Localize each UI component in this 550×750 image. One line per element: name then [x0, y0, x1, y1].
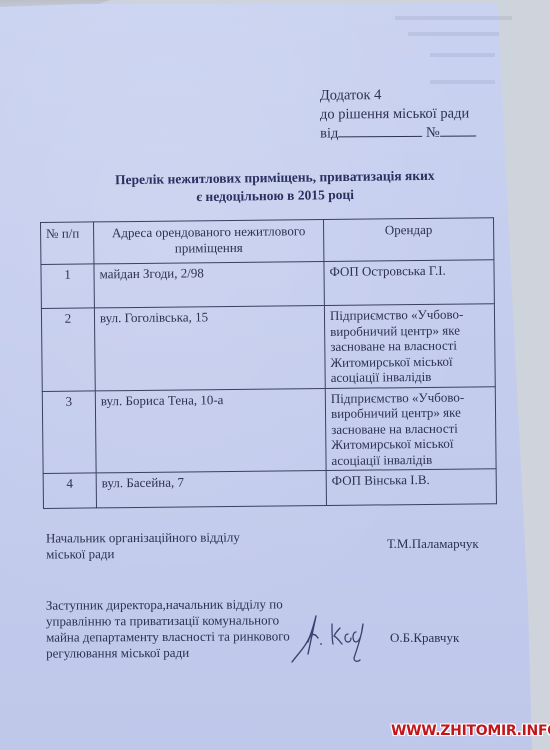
row-tenant: Підприємство «Учбово-виробничий центр» я… [325, 386, 496, 470]
position-line: управлінню та приватизації комунального [46, 612, 290, 629]
position-line: регулювання міської ради [46, 644, 290, 661]
row-number: 4 [43, 473, 96, 509]
signatory-2-name: О.Б.Кравчук [390, 630, 459, 646]
number-blank [440, 124, 476, 136]
signatory-1-name: Т.М.Паламарчук [387, 536, 479, 552]
row-number: 1 [41, 264, 94, 309]
bleed-through-text: ▬▬▬▬▬▬▬▬▬ [395, 8, 512, 24]
table-row: 3 вул. Бориса Тена, 10-а Підприємство «У… [42, 386, 496, 473]
position-line: міської ради [46, 545, 240, 562]
row-tenant: Підприємство «Учбово-виробничий центр» я… [324, 304, 495, 388]
table-header-row: № п/п Адреса орендованого нежитлового пр… [41, 218, 494, 265]
position-line: Начальник організаційного відділу [46, 529, 240, 546]
appendix-header: Додаток 4 до рішення міської ради від № [320, 85, 476, 143]
premises-table: № п/п Адреса орендованого нежитлового пр… [40, 217, 497, 509]
table-row: 4 вул. Басейна, 7 ФОП Вінська І.В. [43, 469, 496, 509]
bleed-through-text: ▬▬▬▬▬▬▬ [408, 24, 499, 40]
row-address: майдан Згоди, 2/98 [94, 262, 324, 308]
row-address: вул. Бориса Тена, 10-а [95, 388, 326, 473]
row-address: вул. Гоголівська, 15 [94, 306, 325, 391]
appendix-decision: до рішення міської ради [320, 104, 476, 124]
row-tenant: ФОП Островська Г.І. [324, 260, 494, 306]
header-number: № п/п [41, 222, 94, 265]
header-address: Адреса орендованого нежитлового приміщен… [94, 220, 324, 264]
row-number: 2 [41, 308, 95, 391]
row-tenant: ФОП Вінська І.В. [326, 469, 496, 506]
row-number: 3 [42, 390, 96, 473]
site-watermark: WWW.ZHITOMIR.INFO [391, 723, 550, 739]
position-line: Заступник директора,начальник відділу по [46, 596, 290, 613]
table-row: 2 вул. Гоголівська, 15 Підприємство «Учб… [41, 304, 495, 391]
appendix-date-line: від № [320, 123, 476, 143]
date-prefix: від [320, 125, 338, 141]
header-tenant: Орендар [323, 218, 493, 262]
signatory-1-position: Начальник організаційного відділу місько… [46, 529, 240, 562]
row-address: вул. Басейна, 7 [96, 471, 326, 508]
premises-table-container: № п/п Адреса орендованого нежитлового пр… [40, 217, 497, 509]
document-title: Перелік нежитлових приміщень, приватизац… [100, 167, 450, 208]
appendix-number: Додаток 4 [320, 85, 476, 105]
bleed-through-text: ▬▬▬▬▬ [430, 45, 495, 61]
handwritten-signature [288, 610, 368, 668]
position-line: майна департаменту власності та ринковог… [46, 628, 290, 645]
date-blank [338, 125, 422, 138]
signatory-2-position: Заступник директора,начальник відділу по… [46, 596, 290, 661]
table-row: 1 майдан Згоди, 2/98 ФОП Островська Г.І. [41, 260, 494, 309]
number-sign: № [426, 125, 440, 141]
